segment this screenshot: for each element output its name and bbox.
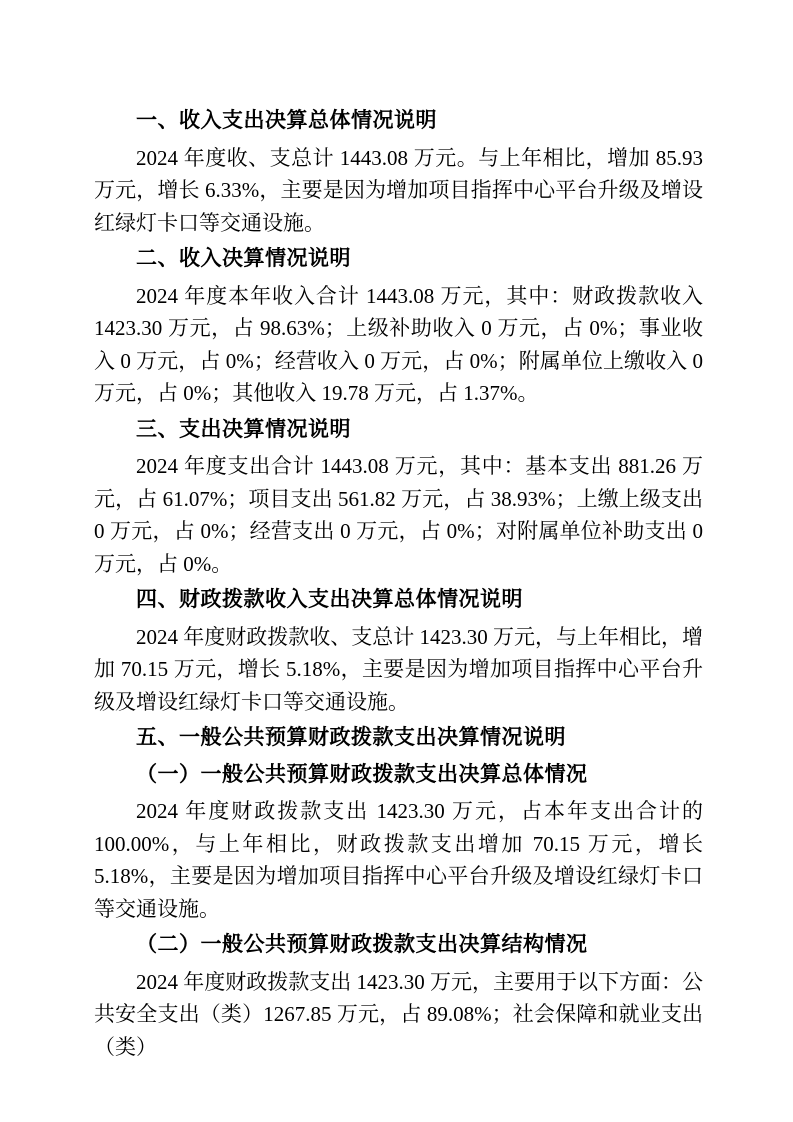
para-expenditure-final-accounts: 2024 年度支出合计 1443.08 万元，其中：基本支出 881.26 万元… [94, 450, 703, 580]
para-income-expenditure-overall: 2024 年度收、支总计 1443.08 万元。与上年相比，增加 85.93 万… [94, 142, 703, 240]
para-general-budget-overall: 2024 年度财政拨款支出 1423.30 万元，占本年支出合计的 100.00… [94, 795, 703, 925]
document-page: 一、收入支出决算总体情况说明 2024 年度收、支总计 1443.08 万元。与… [0, 0, 793, 1122]
heading-fiscal-appropriation-overall: 四、财政拨款收入支出决算总体情况说明 [94, 584, 703, 617]
heading-general-public-budget-expenditure: 五、一般公共预算财政拨款支出决算情况说明 [94, 722, 703, 755]
heading-income-final-accounts: 二、收入决算情况说明 [94, 243, 703, 276]
subheading-general-budget-overall: （一）一般公共预算财政拨款支出决算总体情况 [94, 759, 703, 792]
heading-expenditure-final-accounts: 三、支出决算情况说明 [94, 414, 703, 447]
subheading-expenditure-structure: （二）一般公共预算财政拨款支出决算结构情况 [94, 929, 703, 962]
para-fiscal-appropriation-overall: 2024 年度财政拨款收、支总计 1423.30 万元，与上年相比，增加 70.… [94, 621, 703, 719]
para-income-final-accounts: 2024 年度本年收入合计 1443.08 万元，其中：财政拨款收入 1423.… [94, 280, 703, 410]
para-expenditure-structure: 2024 年度财政拨款支出 1423.30 万元，主要用于以下方面：公共安全支出… [94, 966, 703, 1064]
heading-income-expenditure-overall: 一、收入支出决算总体情况说明 [94, 105, 703, 138]
